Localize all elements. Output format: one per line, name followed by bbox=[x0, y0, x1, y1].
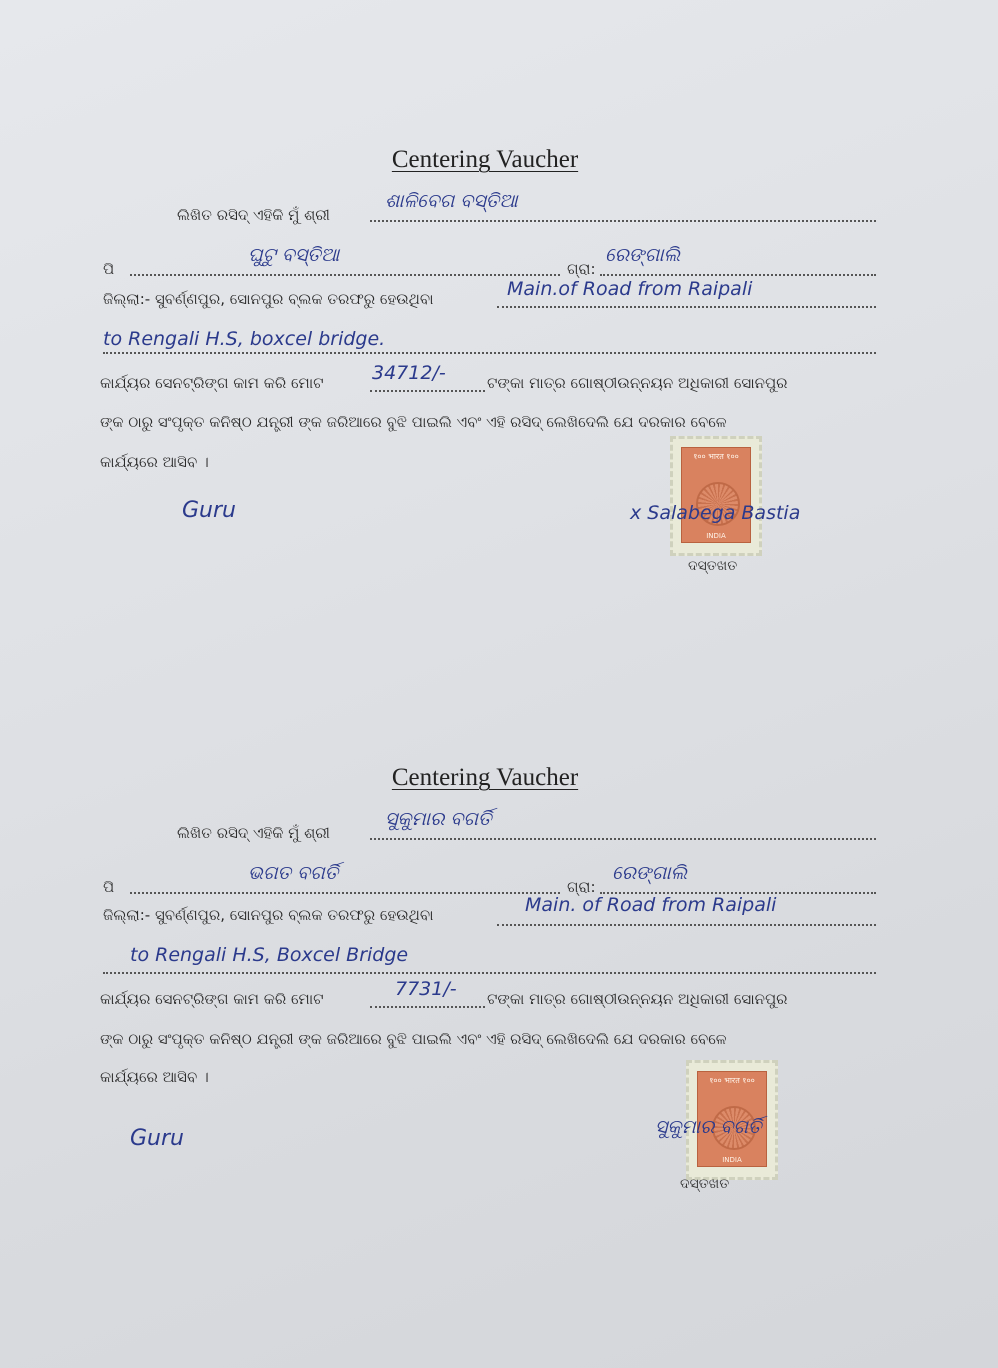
body-text-end: କାର୍ଯ୍ୟରେ ଆସିବ । bbox=[100, 453, 209, 471]
father-label: ପି bbox=[103, 878, 114, 896]
work-description-cont: to Rengali H.S, Boxcel Bridge bbox=[130, 944, 408, 966]
payee-name: ଶାଳିବେଗ ବସ୍ତିଆ bbox=[385, 190, 518, 212]
received-from-label: ଲିଖିତ ରସିଦ୍ ଏହିକି ମୁଁ ଶ୍ରୀ bbox=[177, 206, 330, 224]
father-name: ଘୁଟୁ ବସ୍ତିଆ bbox=[248, 244, 339, 266]
body-text: ଙ୍କ ଠାରୁ ସଂପୃକ୍ତ କନିଷ୍ଠ ଯନ୍ତ୍ରୀ ଙ୍କ ଜରିଆ… bbox=[100, 1030, 727, 1048]
dotted-line bbox=[130, 260, 560, 276]
payee-signature: ସୁକୁମାର ବଗର୍ତି bbox=[655, 1116, 762, 1138]
signature-label: ଦସ୍ତଖତ bbox=[680, 1176, 729, 1192]
amount-label-after: ଟଙ୍କା ମାତ୍ର ଗୋଷ୍ଠୀଉନ୍ନୟନ ଅଧିକାରୀ ସୋନପୁର bbox=[487, 990, 788, 1008]
body-text: ଙ୍କ ଠାରୁ ସଂପୃକ୍ତ କନିଷ୍ଠ ଯନ୍ତ୍ରୀ ଙ୍କ ଜରିଆ… bbox=[100, 413, 727, 431]
work-description: Main. of Road from Raipali bbox=[525, 894, 776, 916]
village-name: ରେଙ୍ଗାଲି bbox=[612, 862, 687, 884]
received-from-label: ଲିଖିତ ରସିଦ୍ ଏହିକି ମୁଁ ଶ୍ରୀ bbox=[177, 824, 330, 842]
amount-label: କାର୍ଯ୍ୟର ସେନଟ୍ରିଙ୍ଗ କାମ କରି ମୋଟ bbox=[100, 990, 324, 1008]
stamp-denomination: १०० भारत १०० bbox=[682, 451, 750, 462]
stamp-denomination: १०० भारत १०० bbox=[698, 1075, 766, 1086]
amount-label-after: ଟଙ୍କା ମାତ୍ର ଗୋଷ୍ଠୀଉନ୍ନୟନ ଅଧିକାରୀ ସୋନପୁର bbox=[487, 374, 788, 392]
father-name: ଭଗତ ବଗର୍ତି bbox=[248, 862, 338, 884]
village-label: ଗ୍ରା: bbox=[567, 260, 596, 278]
stamp-country: INDIA bbox=[698, 1156, 766, 1164]
witness-signature: Guru bbox=[130, 1126, 184, 1151]
signature-label: ଦସ୍ତଖତ bbox=[688, 558, 737, 574]
body-text-end: କାର୍ଯ୍ୟରେ ଆସିବ । bbox=[100, 1068, 209, 1086]
revenue-stamp: १०० भारत १०० INDIA bbox=[670, 436, 762, 556]
dotted-line bbox=[130, 878, 560, 894]
payee-name: ସୁକୁମାର ବଗର୍ତି bbox=[385, 808, 492, 830]
voucher-title: Centering Vaucher bbox=[0, 146, 970, 174]
payee-signature: x Salabega Bastia bbox=[630, 502, 800, 524]
amount-value: 7731/- bbox=[395, 978, 457, 1000]
voucher-title: Centering Vaucher bbox=[0, 764, 970, 792]
father-label: ପି bbox=[103, 260, 114, 278]
amount-label: କାର୍ଯ୍ୟର ସେନଟ୍ରିଙ୍ଗ କାମ କରି ମୋଟ bbox=[100, 374, 324, 392]
village-name: ରେଙ୍ଗାଲି bbox=[605, 244, 680, 266]
district-label: ଜିଲ୍ଲା:- ସୁବର୍ଣ୍ଣପୁର, ସୋନପୁର ବ୍ଲକ ତରଫରୁ … bbox=[103, 290, 434, 308]
amount-value: 34712/- bbox=[372, 362, 446, 384]
work-description-cont: to Rengali H.S, boxcel bridge. bbox=[103, 328, 385, 350]
district-label: ଜିଲ୍ଲା:- ସୁବର୍ଣ୍ଣପୁର, ସୋନପୁର ବ୍ଲକ ତରଫରୁ … bbox=[103, 906, 434, 924]
stamp-country: INDIA bbox=[682, 532, 750, 540]
witness-signature: Guru bbox=[182, 498, 236, 523]
work-description: Main.of Road from Raipali bbox=[507, 278, 752, 300]
